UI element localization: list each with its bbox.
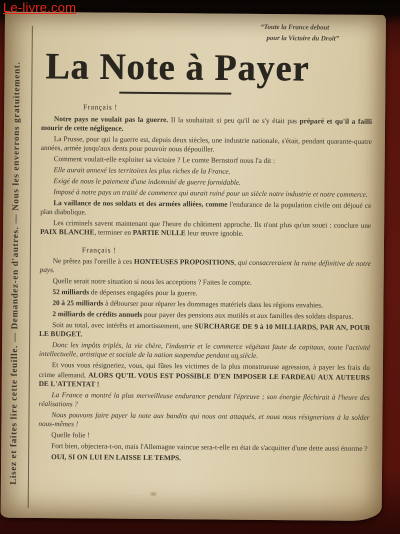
text-segment: leur œuvre ignoble. [186,229,244,238]
body-paragraph: Ne prêtez pas l'oreille à ces HONTEUSES … [40,257,371,279]
body-paragraph: Nous pouvons faire payer la note aux ban… [38,411,369,433]
body-paragraph: La Prusse, pour qui la guerre est, depui… [41,135,372,157]
leaflet-title: La Note à Payer [45,44,374,91]
body-paragraph: La vaillance de nos soldats et des armée… [40,199,371,221]
scanned-leaflet-photo: Le-livre.com Lisez et faites lire cette … [0,0,400,534]
header-motto: “Toute la France debout pour la Victoire… [235,23,355,45]
section-heading: Français ! [41,102,372,115]
text-segment: Comment voulait-elle exploiter sa victoi… [54,155,275,165]
text-segment: Nous pouvons faire payer la note aux ban… [38,411,369,429]
text-segment: PAIX BLANCHE [40,228,94,236]
vertical-margin-note: Lisez et faites lire cette feuille. — De… [8,34,26,512]
text-segment: PARTIE NULLE [133,229,186,237]
text-segment: Ne prêtez pas l'oreille à ces [53,257,134,266]
text-segment: Soit au total, avec intérêts et amortiss… [52,321,194,330]
leaflet-paper: Lisez et faites lire cette feuille. — De… [1,12,386,521]
text-segment: Fort bien, objectera-t-on, mais l'Allema… [51,442,367,453]
text-segment: Donc les impôts triplés, la vie chère, l… [39,341,370,360]
body-paragraph: Et vous vous résigneriez, vous, qui fûte… [39,361,370,392]
motto-line-1: “Toute la France debout [261,24,330,32]
body-text: Français !Notre pays ne voulait pas la g… [38,102,374,465]
body-paragraph: La France a montré la plus merveilleuse … [39,391,370,413]
text-segment: Il la souhaitait si peu qu'il ne s'y éta… [168,116,300,125]
section-heading: Français ! [40,244,371,257]
text-segment: Elle aurait annexé les territoires les p… [54,166,231,176]
title-underline-rule [119,92,231,95]
text-segment: La vaillance de nos soldats et des armée… [53,199,227,209]
body-paragraph: Notre pays ne voulait pas la guerre. Il … [41,115,372,137]
bookseller-watermark: Le-livre.com [3,0,76,15]
text-segment: La France a montré la plus merveilleuse … [39,391,370,409]
text-segment: Quelle serait notre situation si nous le… [53,277,252,287]
body-paragraph: Donc les impôts triplés, la vie chère, l… [39,341,370,363]
text-segment: 52 milliards [53,288,90,296]
text-segment: Imposé à notre pays un traité de commerc… [53,188,367,199]
text-segment: de dépenses engagées pour la guerre. [89,289,197,298]
text-segment: 20 à 25 milliards [52,299,103,307]
body-paragraph: OUI, SI ON LUI EN LAISSE LE TEMPS. [38,453,369,465]
text-segment: ALORS QU'IL VOUS EST POSSIBLE D'EN IMPOS… [39,371,370,388]
text-segment: OUI, SI ON LUI EN LAISSE LE TEMPS. [51,453,181,462]
text-segment: Français ! [83,102,117,111]
text-segment: pour payer des pensions aux mutilés et a… [142,311,353,321]
text-segment: , terminer en [94,229,132,237]
text-segment: Quelle folie ! [51,431,89,439]
body-paragraph: Soit au total, avec intérêts et amortiss… [39,321,370,343]
leaflet-content: “Toute la France debout pour la Victoire… [38,16,375,467]
text-segment: 2 milliards de crédits annuels [52,310,142,319]
text-segment: La Prusse, pour qui la guerre est, depui… [41,135,372,154]
text-segment: HONTEUSES PROPOSITIONS [134,258,234,267]
margin-divider-rule [28,26,33,508]
motto-line-2: pour la Victoire du Droit” [235,33,355,45]
body-paragraph: Les criminels savent maintenant que l'he… [40,219,371,241]
text-segment: Français ! [82,245,116,254]
paper-stain [149,491,158,497]
text-segment: Notre pays ne voulait pas la guerre. [54,115,168,124]
text-segment: Exigé de nous le paiement d'une indemnit… [53,177,240,187]
text-segment: à débourser pour réparer les dommages ma… [103,300,323,310]
